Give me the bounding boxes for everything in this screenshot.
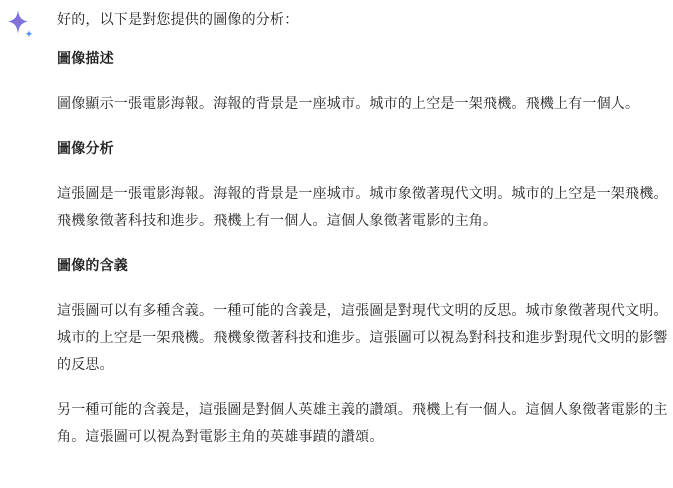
meaning-paragraph-2: 另一種可能的含義是，這張圖是對個人英雄主義的讚頌。飛機上有一個人。這個人象徵著電…: [57, 397, 669, 451]
analysis-paragraph: 這張圖是一張電影海報。海報的背景是一座城市。城市象徵著現代文明。城市的上空是一架…: [57, 181, 669, 235]
section-heading-meaning: 圖像的含義: [57, 253, 669, 280]
sparkle-icon: [4, 8, 36, 40]
meaning-paragraph-1: 這張圖可以有多種含義。一種可能的含義是，這張圖是對現代文明的反思。城市象徵著現代…: [57, 298, 669, 379]
section-heading-description: 圖像描述: [57, 46, 669, 73]
assistant-response: 好的，以下是對您提供的圖像的分析： 圖像描述 圖像顯示一張電影海報。海報的背景是…: [0, 0, 673, 488]
section-heading-analysis: 圖像分析: [57, 136, 669, 163]
response-content: 好的，以下是對您提供的圖像的分析： 圖像描述 圖像顯示一張電影海報。海報的背景是…: [57, 7, 669, 469]
intro-text: 好的，以下是對您提供的圖像的分析：: [57, 7, 669, 34]
description-paragraph: 圖像顯示一張電影海報。海報的背景是一座城市。城市的上空是一架飛機。飛機上有一個人…: [57, 91, 669, 118]
